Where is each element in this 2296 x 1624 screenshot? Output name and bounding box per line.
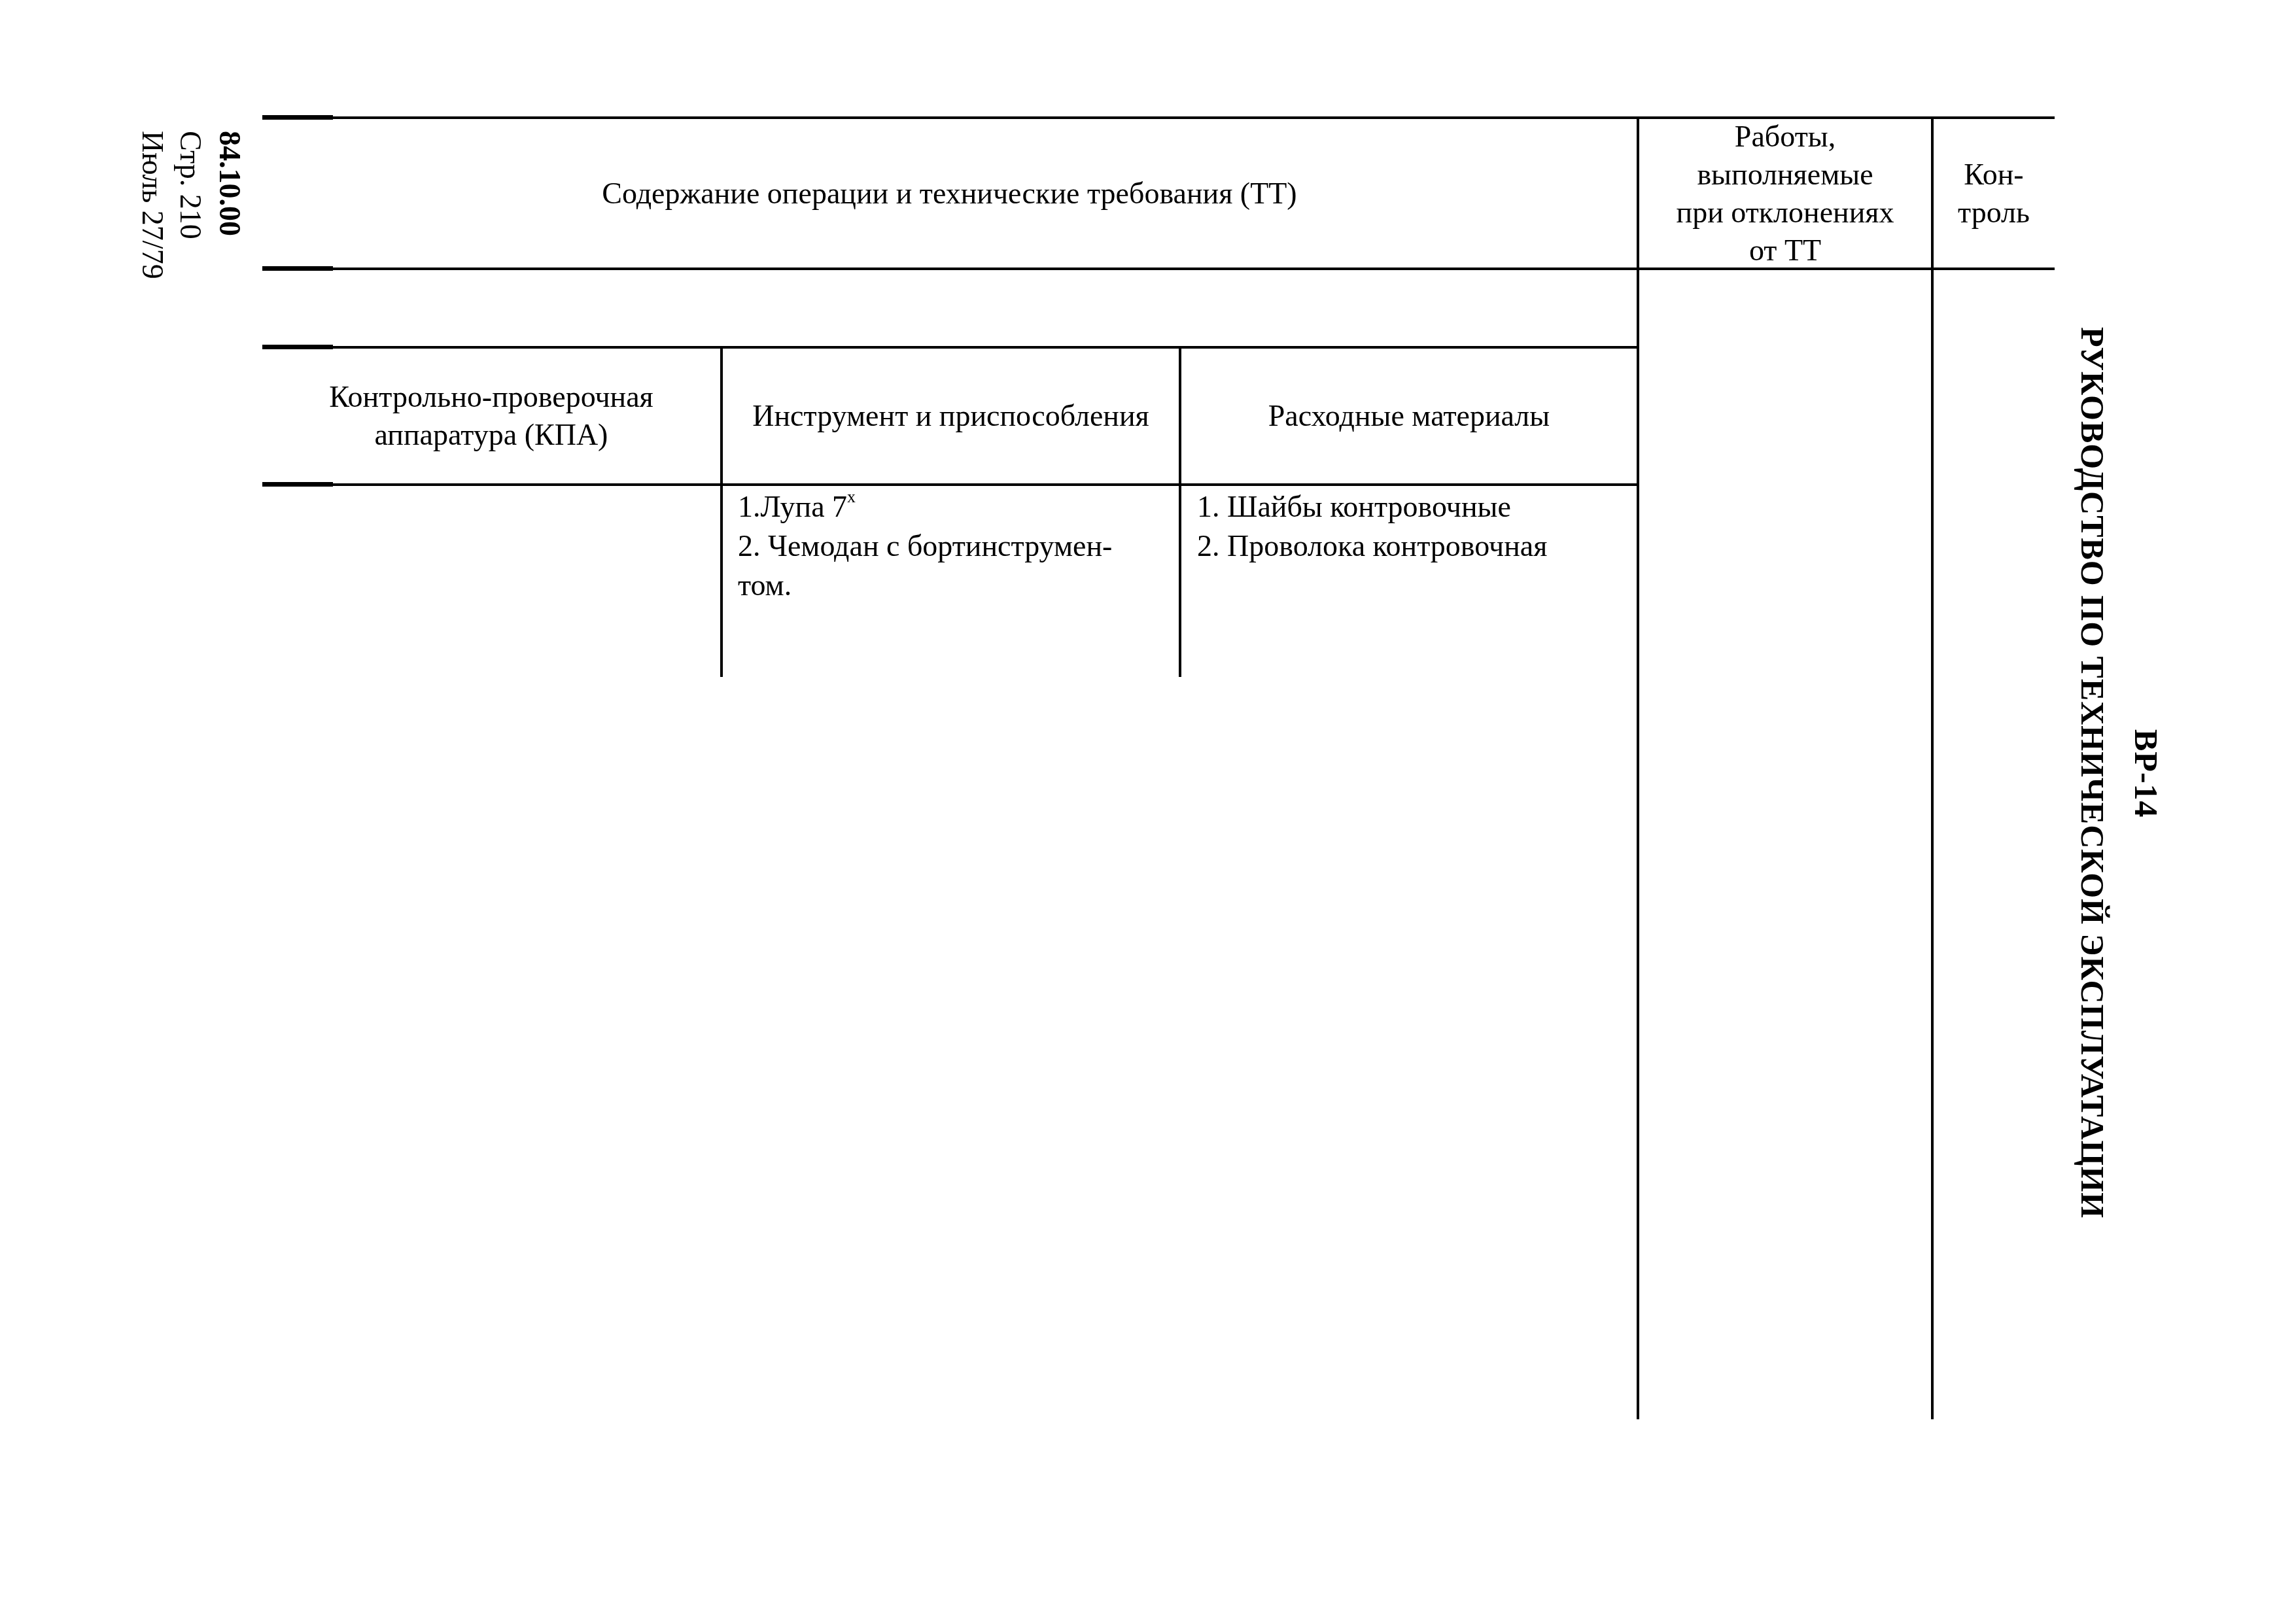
deviation-header-line: при отклонениях bbox=[1677, 194, 1894, 232]
tools-item: 1.Лупа 7x bbox=[738, 487, 1176, 527]
content-column-header: Содержание операции и технические требов… bbox=[262, 119, 1637, 268]
materials-item: 1. Шайбы контровочные bbox=[1197, 487, 1635, 527]
subheader-bottom-border bbox=[262, 483, 1639, 486]
deviation-col-divider bbox=[1637, 116, 1639, 1419]
tools-item: том. bbox=[738, 566, 1176, 605]
control-header-line: троль bbox=[1958, 194, 2030, 232]
operation-content-cell bbox=[262, 270, 1637, 346]
control-col-divider bbox=[1931, 116, 1934, 1419]
deviation-header-line: от ТТ bbox=[1749, 232, 1821, 269]
tools-column-header: Инструмент и приспособления bbox=[723, 349, 1179, 483]
deviation-header-line: выполняемые bbox=[1697, 156, 1873, 194]
aircraft-model: ВР-14 bbox=[2127, 729, 2165, 818]
tools-item: 2. Чемодан с бортинструмен- bbox=[738, 527, 1176, 566]
materials-column-header: Расходные материалы bbox=[1181, 349, 1637, 483]
revision-date: Июль 27/79 bbox=[135, 131, 170, 279]
manual-title: РУКОВОДСТВО ПО ТЕХНИЧЕСКОЙ ЭКСПЛУАТАЦИИ bbox=[2074, 327, 2112, 1218]
deviation-header-line: Работы, bbox=[1735, 118, 1835, 156]
materials-list: 1. Шайбы контровочные 2. Проволока контр… bbox=[1197, 487, 1635, 566]
kpa-header-line: аппаратура (КПА) bbox=[375, 416, 608, 454]
materials-item: 2. Проволока контровочная bbox=[1197, 527, 1635, 566]
kpa-header-line: Контрольно-проверочная bbox=[329, 378, 653, 416]
deviation-column-header: Работы, выполняемые при отклонениях от Т… bbox=[1639, 119, 1931, 268]
tools-list: 1.Лупа 7x 2. Чемодан с бортинструмен- то… bbox=[738, 487, 1176, 605]
kpa-column-header: Контрольно-проверочная аппаратура (КПА) bbox=[262, 349, 720, 483]
control-header-line: Кон- bbox=[1964, 156, 2023, 194]
page-number: Стр. 210 bbox=[173, 131, 208, 239]
control-column-header: Кон- троль bbox=[1934, 119, 2054, 268]
doc-code: 84.10.00 bbox=[213, 131, 247, 236]
